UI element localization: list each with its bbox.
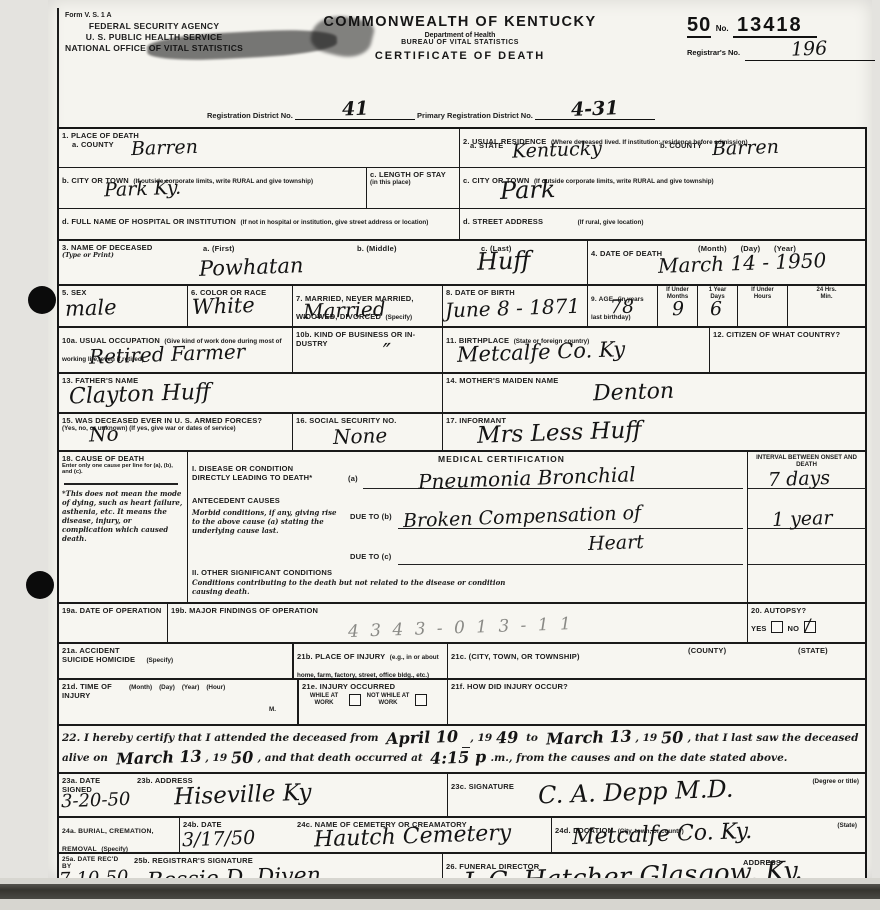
cause-sidebar: 18. CAUSE OF DEATH Enter only one cause … (59, 452, 187, 602)
disease-label-1: I. DISEASE OR CONDITION (192, 464, 293, 473)
cause-footnote: *This does not mean the mode of dying, s… (62, 489, 184, 543)
name-last-value: Huff (477, 248, 531, 274)
age-days-value: 6 (710, 300, 723, 319)
length-of-stay-note: (in this place) (370, 179, 456, 186)
certify-conn-1: , 19 (470, 732, 492, 744)
row-parents: 13. FATHER'S NAME Clayton Huff 14. MOTHE… (59, 372, 865, 412)
primary-district-label: Primary Registration District No. (417, 111, 533, 120)
autopsy-yes-label: YES (751, 624, 767, 633)
place-of-injury-label: 21b. PLACE OF INJURY (297, 652, 385, 661)
residence-county-label: b. COUNTY (660, 141, 702, 150)
name-label: 3. NAME OF DECEASED (62, 243, 196, 252)
mother-value: Denton (593, 381, 675, 406)
antecedent-title: ANTECEDENT CAUSES (192, 496, 280, 505)
name-first-value: Powhatan (199, 255, 304, 280)
place-county-value: Barren (131, 138, 199, 159)
address-value: Hiseville Ky (174, 782, 312, 810)
interval-column: INTERVAL BETWEEN ONSET AND DEATH 7 days … (747, 452, 865, 602)
file-no-label: No. (716, 24, 729, 33)
form-number: Form V. S. 1 A (65, 12, 243, 19)
row-operation-autopsy: 19a. DATE OF OPERA­TION 19b. MAJOR FINDI… (59, 602, 865, 642)
name-first-label: a. (First) (203, 244, 235, 253)
injury-city-label: 21c. (CITY, TOWN, OR TOWNSHIP) (451, 652, 580, 661)
certify-from-year: 49 (496, 730, 519, 747)
section-place-of-death: 1. PLACE OF DEATH a. COUNTY Barren b. CI… (59, 129, 459, 239)
due-to-b-value-2: Heart (588, 533, 644, 554)
reg-district-value: 41 (341, 100, 368, 120)
death-date-label: 4. DATE OF DEATH (591, 249, 662, 258)
name-middle-label: b. (Middle) (357, 244, 397, 253)
signature-label: 23c. SIGNATURE (451, 782, 514, 791)
certify-conn-2: , 19 (635, 732, 657, 744)
injury-occurred-label: 21e. INJURY OCCURRED (302, 682, 444, 691)
injury-state-label: (STATE) (798, 646, 828, 655)
row-accident: 21a. ACCIDENT SUICIDE HOMICIDE (Specify)… (59, 642, 865, 678)
autopsy-no-checkbox[interactable]: / (804, 621, 816, 633)
armed-forces-value: No (89, 423, 119, 444)
disease-label-2: DIRECTLY LEADING TO DEATH* (192, 473, 312, 482)
accident-note: (Specify) (146, 657, 173, 664)
certificate-form: 1. PLACE OF DEATH a. COUNTY Barren b. CI… (57, 127, 867, 901)
registration-district-line: Registration District No. 41 Primary Reg… (207, 100, 867, 120)
interval-a-value: 7 days (768, 469, 831, 490)
certify-text-2: to (526, 732, 538, 744)
file-number-block: 50 No. 13418 Registrar's No. 196 (687, 14, 880, 61)
street-address-label: d. STREET ADDRESS (463, 217, 543, 226)
age-col3-bottom: Hours (754, 294, 771, 300)
age-col4-bottom: Min. (821, 294, 833, 300)
row-injury-time: 21d. TIME OF INJURY (Month) (Day) (Year)… (59, 678, 865, 724)
state-file-year-stamp: 50 (687, 14, 711, 38)
date-signed-value: 3-20-50 (61, 791, 131, 811)
birthplace-value: Metcalfe Co. Ky (457, 339, 626, 366)
accident-label: 21a. ACCIDENT SUICIDE HOMICIDE (62, 646, 142, 664)
residence-state-value: Kentucky (512, 139, 603, 161)
sex-value: male (65, 297, 117, 320)
length-of-stay-label: c. LENGTH OF STAY (370, 170, 456, 179)
certify-time: 4:15 p (430, 749, 487, 767)
residence-state-label: a. STATE (470, 141, 503, 150)
operation-findings-label: 19b. MAJOR FINDINGS OF OPERATION (171, 606, 744, 615)
burial-location-state-note: (State) (837, 822, 857, 829)
age-col2-top: 1 Year (709, 287, 727, 293)
scanned-death-certificate: { "header": { "form_no": "Form V. S. 1 A… (0, 0, 880, 910)
medical-certification-title: MEDICAL CERTIFICATION (438, 454, 565, 464)
section-usual-residence: 2. USUAL RESIDENCE (Where deceased lived… (459, 129, 865, 239)
certify-from-date: April 10 (386, 729, 459, 748)
residence-city-note: (If outside corporate limits, write RURA… (534, 178, 714, 185)
birth-date-value: June 8 - 1871 (445, 296, 581, 321)
hospital-note: (If not in hospital or institution, give… (241, 219, 429, 226)
residence-county-value: Barren (712, 138, 780, 159)
registrar-no-value: 196 (791, 39, 828, 59)
certify-number: 22. (62, 732, 80, 744)
marital-value: Married (303, 299, 386, 322)
not-while-at-work-checkbox[interactable] (415, 694, 427, 706)
autopsy-no-label: NO (788, 624, 800, 633)
business-label: 10b. KIND OF BUSINESS OR IN­DUSTRY (296, 330, 439, 348)
injury-county-label: (COUNTY) (688, 646, 726, 655)
injury-time-label: 21d. TIME OF INJURY (62, 682, 122, 700)
injury-time-cols: (Month) (Day) (Year) (Hour) (129, 684, 225, 691)
agency-line-1: FEDERAL SECURITY AGENCY (65, 21, 243, 32)
age-col3-top: If Under (751, 287, 774, 293)
citizen-label: 12. CITIZEN OF WHAT COUNTRY? (713, 330, 862, 339)
punch-hole-icon (26, 571, 54, 599)
cause-label: 18. CAUSE OF DEATH (62, 454, 184, 463)
while-at-work-label: WHILE AT WORK (302, 693, 346, 707)
death-date-value: March 14 - 1950 (658, 250, 827, 276)
medical-certification: MEDICAL CERTIFICATION I. DISEASE OR COND… (187, 452, 747, 602)
marital-note: (Specify) (386, 314, 413, 321)
certify-text-5: .m., from the causes and on the date sta… (490, 752, 787, 764)
degree-note: (Degree or title) (812, 778, 859, 785)
row-name-deathdate: 3. NAME OF DECEASED (Type or Print) a. (… (59, 239, 865, 284)
interval-b-value: 1 year (772, 509, 833, 530)
how-injury-label: 21f. HOW DID INJURY OCCUR? (451, 682, 862, 691)
autopsy-no-mark: / (804, 618, 810, 635)
certify-alive-year: 50 (231, 750, 254, 767)
informant-value: Mrs Less Huff (477, 419, 642, 448)
hospital-label: d. FULL NAME OF HOSPITAL OR INSTITUTION (62, 217, 236, 226)
certificate-header: Form V. S. 1 A FEDERAL SECURITY AGENCY U… (57, 8, 867, 127)
operation-date-label: 19a. DATE OF OPERA­TION (62, 606, 164, 615)
race-value: White (192, 295, 255, 318)
certify-alive-date: March 13 (115, 749, 201, 768)
cause-note: Enter only one cause per line for (a), (… (62, 463, 184, 475)
row-sex-race-age: 5. SEX male 6. COLOR OR RACE White 7. MA… (59, 284, 865, 326)
occupation-value: Retired Farmer (89, 341, 246, 366)
signature-value: C. A. Depp M.D. (538, 777, 734, 808)
state-file-number: 13418 (733, 14, 817, 38)
cemetery-value: Hautch Cemetery (314, 823, 512, 852)
reg-district-label: Registration District No. (207, 111, 293, 120)
age-col1-top: If Under (666, 287, 689, 293)
registrar-no-label: Registrar's No. (687, 48, 740, 57)
business-ditto-value: ″ (383, 342, 392, 364)
certify-text-4: , and that death occurred at (257, 752, 422, 764)
operation-findings-value: 4 3 4 3 - 0 1 3 - 1 1 (348, 616, 574, 641)
interval-label: INTERVAL BETWEEN ONSET AND DEATH (751, 454, 862, 468)
autopsy-yes-checkbox[interactable] (771, 621, 783, 633)
place-city-value: Park Ky. (104, 179, 182, 201)
autopsy-label: 20. AUTOPSY? (751, 606, 862, 615)
due-to-c-label: DUE TO (c) (350, 552, 391, 561)
while-at-work-checkbox[interactable] (349, 694, 361, 706)
burial-location-value: Metcalfe Co. Ky. (572, 821, 753, 849)
not-while-at-work-label: NOT WHILE AT WORK (364, 693, 412, 707)
certify-to-year: 50 (661, 730, 684, 747)
antecedent-note: Morbid conditions, if any, giving rise t… (192, 508, 337, 535)
certify-text-1: I hereby certify that I attended the dec… (84, 732, 379, 744)
street-address-note: (If rural, give location) (578, 219, 644, 226)
place-title: 1. PLACE OF DEATH (62, 131, 456, 140)
age-months-value: 9 (672, 300, 685, 319)
row-signature: 23a. DATE SIGNED 3-20-50 23b. ADDRESS Hi… (59, 772, 865, 816)
name-fields: a. (First) b. (Middle) c. (Last) Powhata… (199, 241, 587, 284)
disease-prefix: (a) (348, 474, 358, 483)
primary-district-value: 4-31 (571, 99, 619, 120)
residence-city-value: Park (500, 177, 556, 203)
name-sub-label: (Type or Print) (62, 252, 196, 259)
row-armedforces-informant: 15. WAS DECEASED EVER IN U. S. ARMED FOR… (59, 412, 865, 450)
scan-edge-band (0, 884, 880, 899)
certify-to-date: March 13 (545, 729, 631, 748)
row-certification-statement: 22. I hereby certify that I attended the… (59, 724, 865, 772)
row-burial: 24a. BURIAL, CREMA­TION, REMOVAL (Specif… (59, 816, 865, 852)
row-place-residence: 1. PLACE OF DEATH a. COUNTY Barren b. CI… (59, 129, 865, 239)
other-conditions-title: II. OTHER SIGNIFICANT CONDITIONS (192, 568, 332, 577)
row-occupation-birthplace: 10a. USUAL OCCUPATION (Give kind of work… (59, 326, 865, 372)
burial-date-value: 3/17/50 (182, 829, 256, 851)
punch-hole-icon (28, 286, 56, 314)
row-cause-of-death: 18. CAUSE OF DEATH Enter only one cause … (59, 450, 865, 602)
father-value: Clayton Huff (69, 382, 211, 409)
other-conditions-note: Conditions contributing to the death but… (192, 578, 512, 596)
place-county-label: a. COUNTY (72, 140, 456, 149)
due-to-b-label: DUE TO (b) (350, 512, 392, 521)
certification-paragraph: 22. I hereby certify that I attended the… (62, 728, 862, 768)
injury-time-m: M. (269, 706, 276, 713)
ssn-value: None (333, 425, 388, 447)
certify-conn-3: , 19 (205, 752, 227, 764)
age-years-value: 78 (610, 298, 635, 318)
age-col4-top: 24 Hrs. (816, 287, 836, 293)
